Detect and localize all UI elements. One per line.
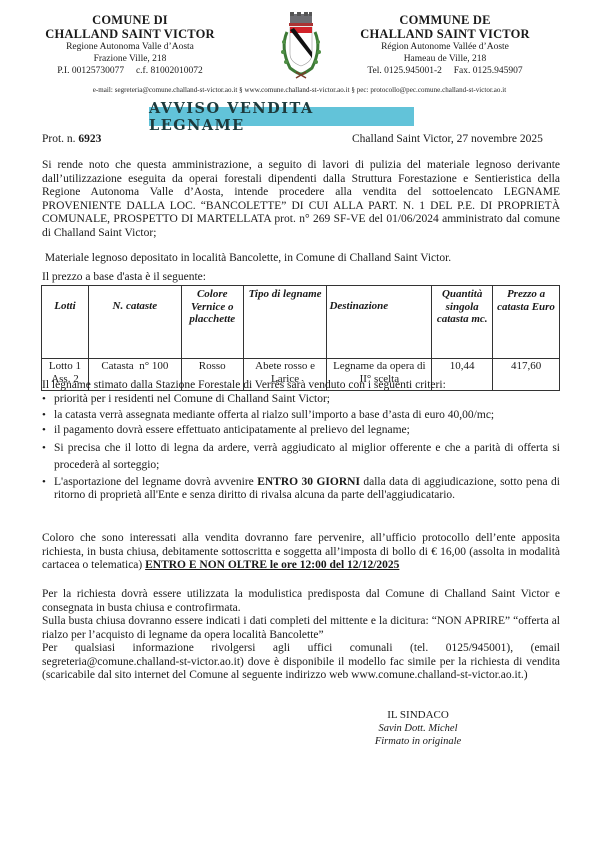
header-destinazione: Destinazione xyxy=(327,286,432,359)
signature-block: IL SINDACO Savin Dott. Michel Firmato in… xyxy=(368,709,468,748)
list-item: la catasta verrà assegnata mediante offe… xyxy=(42,409,560,423)
phone-fax: Tel. 0125.945001-2 Fax. 0125.945907 xyxy=(355,65,535,77)
region-it: Regione Autonoma Valle d’Aosta xyxy=(40,41,220,53)
place-and-date: Challand Saint Victor, 27 novembre 2025 xyxy=(352,133,543,145)
notice-title-banner: AVVISO VENDITA LEGNAME xyxy=(149,107,414,126)
municipality-title-it-line1: COMUNE DI xyxy=(40,14,220,28)
header-colore: Colore Vernice o placchette xyxy=(181,286,243,359)
criteria-intro: Il legname stimato dalla Stazione Forest… xyxy=(42,379,560,393)
removal-text-before: L'asportazione del legname dovrà avvenir… xyxy=(54,476,257,488)
municipality-title-fr-line1: COMMUNE DE xyxy=(355,14,535,28)
protocol-number: Prot. n. 6923 xyxy=(42,133,101,145)
criteria-list: priorità per i residenti nel Comune di C… xyxy=(42,393,560,505)
header-italian: COMUNE DI CHALLAND SAINT VICTOR Regione … xyxy=(40,14,220,77)
header-cataste: N. cataste xyxy=(88,286,181,359)
submission-deadline: ENTRO E NON OLTRE le ore 12:00 del 12/12… xyxy=(145,559,399,571)
request-form-paragraph: Per la richiesta dovrà essere utilizzata… xyxy=(42,588,560,615)
price-table: Lotti N. cataste Colore Vernice o placch… xyxy=(41,285,560,391)
contact-line: e-mail: segreteria@comune.challand-st-vi… xyxy=(0,86,599,94)
address-fr: Hameau de Ville, 218 xyxy=(355,53,535,65)
header-lotti: Lotti xyxy=(42,286,89,359)
municipality-title-fr-line2: CHALLAND SAINT VICTOR xyxy=(355,28,535,42)
submission-paragraph: Coloro che sono interessati alla vendita… xyxy=(42,532,560,573)
address-it: Frazione Ville, 218 xyxy=(40,53,220,65)
info-paragraph: Per qualsiasi informazione rivolgersi ag… xyxy=(42,642,560,683)
list-item: priorità per i residenti nel Comune di C… xyxy=(42,393,560,407)
envelope-paragraph: Sulla busta chiusa dovranno essere indic… xyxy=(42,615,560,642)
header-quantita: Quantità singola catasta mc. xyxy=(432,286,493,359)
signature-name: Savin Dott. Michel xyxy=(368,722,468,735)
intro-paragraph: Si rende noto che questa amministrazione… xyxy=(42,159,560,240)
municipality-title-it-line2: CHALLAND SAINT VICTOR xyxy=(40,28,220,42)
signature-note: Firmato in originale xyxy=(368,735,468,748)
list-item: il pagamento dovrà essere effettuato ant… xyxy=(42,424,560,438)
deposit-note: Materiale legnoso depositato in località… xyxy=(42,252,560,266)
signature-role: IL SINDACO xyxy=(368,709,468,722)
protocol-value: 6923 xyxy=(78,133,101,145)
price-intro: Il prezzo a base d'asta è il seguente: xyxy=(42,271,560,285)
notice-title: AVVISO VENDITA LEGNAME xyxy=(149,100,414,134)
coat-of-arms-icon xyxy=(278,12,324,80)
header-prezzo: Prezzo a catasta Euro xyxy=(493,286,560,359)
region-fr: Région Autonome Vallée d’Aoste xyxy=(355,41,535,53)
fiscal-codes: P.I. 00125730077 c.f. 81002010072 xyxy=(40,65,220,77)
header-french: COMMUNE DE CHALLAND SAINT VICTOR Région … xyxy=(355,14,535,77)
removal-deadline: ENTRO 30 GIORNI xyxy=(257,476,360,488)
protocol-label: Prot. n. xyxy=(42,133,76,145)
header-tipo: Tipo di legname xyxy=(243,286,327,359)
list-item: L'asportazione del legname dovrà avvenir… xyxy=(42,476,560,503)
list-item: Si precisa che il lotto di legna da arde… xyxy=(42,440,560,474)
table-header-row: Lotti N. cataste Colore Vernice o placch… xyxy=(42,286,560,359)
